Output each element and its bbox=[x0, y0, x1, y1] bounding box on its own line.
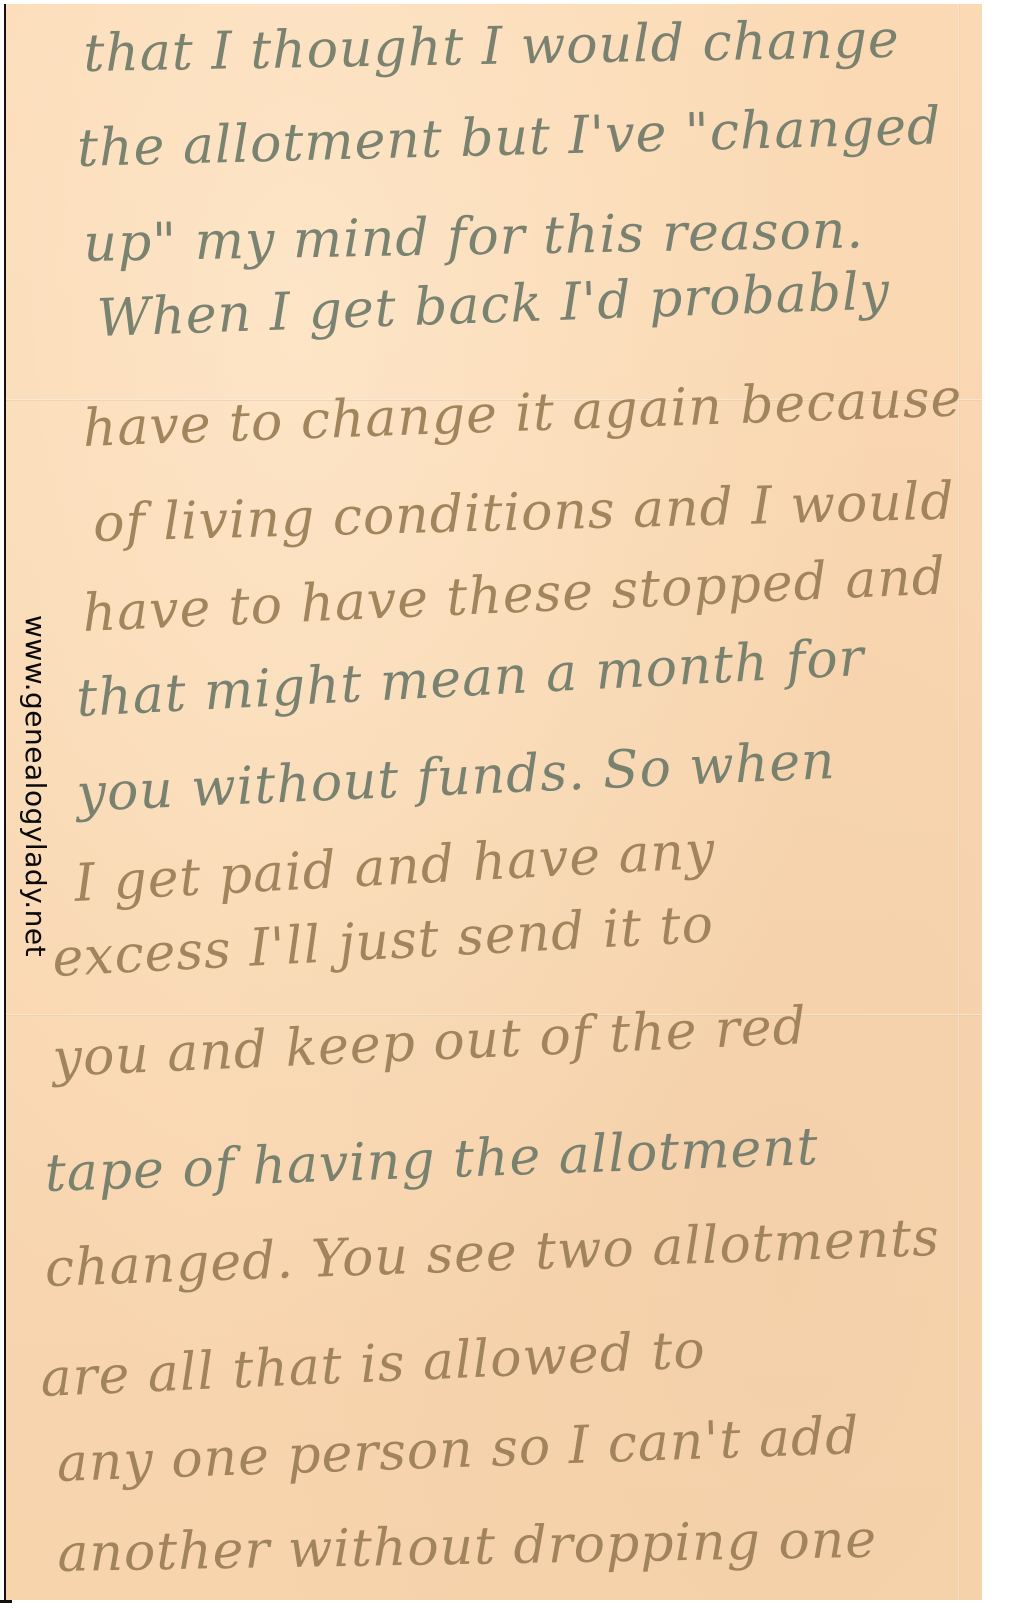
watermark-text: www.genealogylady.net bbox=[16, 615, 52, 975]
handwritten-line: of living conditions and I would bbox=[92, 471, 955, 554]
handwritten-line: you and keep out of the red bbox=[51, 996, 808, 1089]
handwritten-line: tape of having the allotment bbox=[44, 1117, 820, 1204]
handwritten-line: up" my mind for this reason. bbox=[83, 200, 864, 274]
handwritten-line: changed. You see two allotments bbox=[44, 1208, 941, 1299]
fold-line bbox=[958, 4, 960, 1600]
handwritten-line: have to change it again because bbox=[82, 368, 963, 459]
handwritten-line: any one person so I can't add bbox=[56, 1406, 861, 1494]
handwritten-line: When I get back I'd probably bbox=[96, 261, 891, 349]
letter-page: that I thought I would change the allotm… bbox=[4, 4, 982, 1600]
handwritten-line: another without dropping one bbox=[57, 1510, 878, 1584]
handwritten-line: that I thought I would change bbox=[83, 10, 900, 84]
handwritten-line: you without funds. So when bbox=[75, 731, 836, 824]
handwritten-line: are all that is allowed to bbox=[39, 1320, 706, 1409]
scan-corner-mark bbox=[0, 1600, 12, 1603]
handwritten-line: that might mean a month for bbox=[75, 628, 866, 729]
handwritten-line: the allotment but I've "changed bbox=[76, 96, 942, 179]
scan-margin bbox=[982, 4, 1009, 1610]
